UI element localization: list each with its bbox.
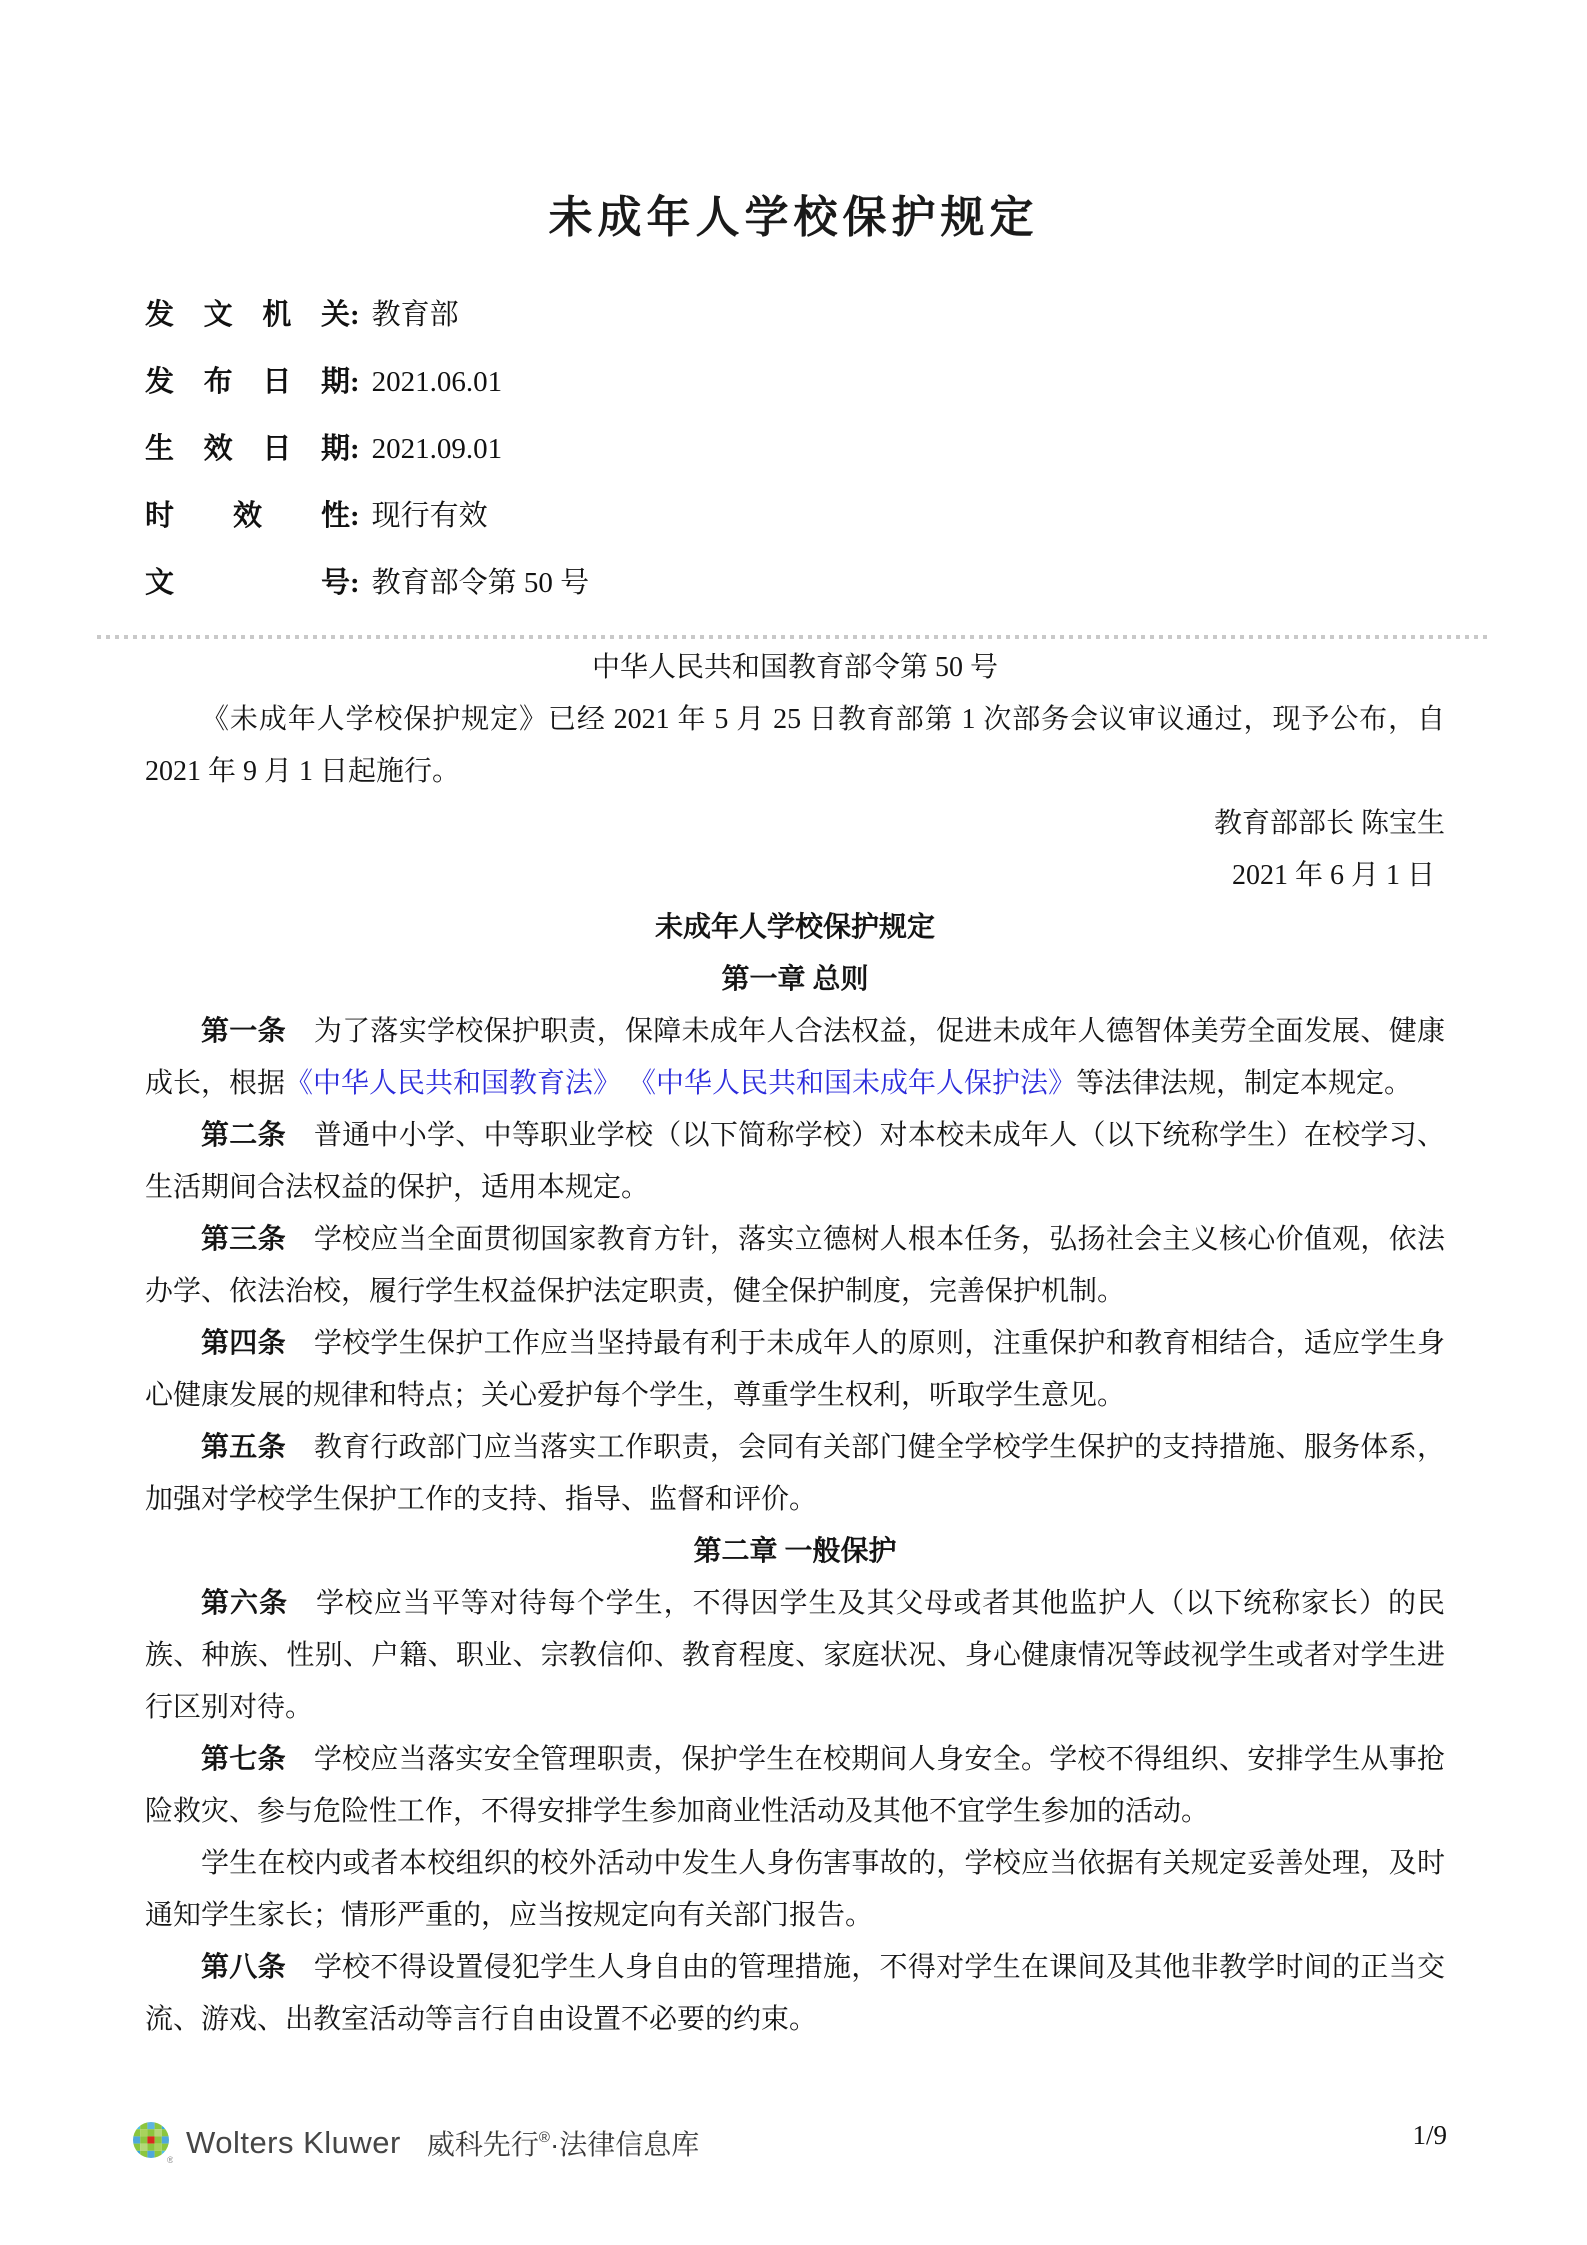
regulation-heading: 未成年人学校保护规定 bbox=[145, 902, 1445, 954]
article-8: 第八条学校不得设置侵犯学生人身自由的管理措施，不得对学生在课间及其他非教学时间的… bbox=[145, 1942, 1445, 2046]
article-5-label: 第五条 bbox=[201, 1432, 286, 1463]
svg-text:®: ® bbox=[167, 2155, 173, 2164]
decree-signature: 教育部部长 陈宝生 bbox=[145, 798, 1445, 850]
document-body: 中华人民共和国教育部令第 50 号 《未成年人学校保护规定》已经 2021 年 … bbox=[145, 642, 1445, 2046]
dotted-separator bbox=[97, 635, 1490, 639]
decree-heading: 中华人民共和国教育部令第 50 号 bbox=[145, 642, 1445, 694]
article-6-label: 第六条 bbox=[201, 1588, 288, 1619]
article-1: 第一条为了落实学校保护职责，保障未成年人合法权益，促进未成年人德智体美劳全面发展… bbox=[145, 1006, 1445, 1110]
article-4: 第四条学校学生保护工作应当坚持最有利于未成年人的原则，注重保护和教育相结合，适应… bbox=[145, 1318, 1445, 1422]
meta-label: 文号 bbox=[145, 568, 350, 598]
article-1-separator bbox=[621, 1068, 628, 1099]
brand-name: Wolters Kluwer bbox=[186, 2125, 401, 2161]
article-6-text: 学校应当平等对待每个学生，不得因学生及其父母或者其他监护人（以下统称家长）的民族… bbox=[145, 1588, 1445, 1723]
meta-value: 教育部 bbox=[372, 299, 459, 331]
article-8-label: 第八条 bbox=[201, 1952, 286, 1983]
link-education-law[interactable]: 《中华人民共和国教育法》 bbox=[285, 1068, 621, 1099]
meta-colon: : bbox=[350, 500, 360, 532]
article-1-label: 第一条 bbox=[201, 1016, 286, 1047]
product-name-text: 威科先行 bbox=[427, 2129, 539, 2160]
article-7-text: 学校应当落实安全管理职责，保护学生在校期间人身安全。学校不得组织、安排学生从事抢… bbox=[145, 1744, 1445, 1827]
product-name-suffix: ·法律信息库 bbox=[550, 2129, 699, 2160]
meta-row-issuing-authority: 发文机关:教育部 bbox=[145, 300, 1442, 330]
footer: ® Wolters Kluwer 威科先行®·法律信息库 1/9 bbox=[133, 2120, 1447, 2166]
decree-date: 2021 年 6 月 1 日 bbox=[145, 850, 1445, 902]
meta-label: 生效日期 bbox=[145, 434, 350, 464]
article-7-paragraph-2: 学生在校内或者本校组织的校外活动中发生人身伤害事故的，学校应当依据有关规定妥善处… bbox=[145, 1838, 1445, 1942]
article-5-text: 教育行政部门应当落实工作职责，会同有关部门健全学校学生保护的支持措施、服务体系，… bbox=[145, 1432, 1445, 1515]
wolters-kluwer-logo-icon: ® bbox=[133, 2122, 173, 2164]
article-7-label: 第七条 bbox=[201, 1744, 286, 1775]
meta-block: 发文机关:教育部 发布日期:2021.06.01 生效日期:2021.09.01… bbox=[145, 300, 1442, 598]
product-name: 威科先行®·法律信息库 bbox=[427, 2123, 699, 2163]
article-6: 第六条学校应当平等对待每个学生，不得因学生及其父母或者其他监护人（以下统称家长）… bbox=[145, 1578, 1445, 1734]
meta-row-validity: 时效性:现行有效 bbox=[145, 501, 1442, 531]
article-7: 第七条学校应当落实安全管理职责，保护学生在校期间人身安全。学校不得组织、安排学生… bbox=[145, 1734, 1445, 1838]
meta-value: 现行有效 bbox=[372, 500, 488, 532]
meta-row-effective-date: 生效日期:2021.09.01 bbox=[145, 434, 1442, 464]
document-page: 未成年人学校保护规定 发文机关:教育部 发布日期:2021.06.01 生效日期… bbox=[0, 0, 1587, 2245]
registered-trademark-icon: ® bbox=[539, 2129, 550, 2146]
meta-colon: : bbox=[350, 366, 360, 398]
meta-row-publish-date: 发布日期:2021.06.01 bbox=[145, 367, 1442, 397]
article-4-label: 第四条 bbox=[201, 1328, 286, 1359]
link-minors-protection-law[interactable]: 《中华人民共和国未成年人保护法》 bbox=[628, 1068, 1076, 1099]
meta-colon: : bbox=[350, 567, 360, 599]
meta-colon: : bbox=[350, 299, 360, 331]
meta-colon: : bbox=[350, 433, 360, 465]
meta-row-document-number: 文号:教育部令第 50 号 bbox=[145, 568, 1442, 598]
article-3-text: 学校应当全面贯彻国家教育方针，落实立德树人根本任务，弘扬社会主义核心价值观，依法… bbox=[145, 1224, 1445, 1307]
footer-brand-group: ® Wolters Kluwer 威科先行®·法律信息库 bbox=[133, 2122, 699, 2164]
meta-label: 时效性 bbox=[145, 501, 350, 531]
page-title: 未成年人学校保护规定 bbox=[0, 196, 1587, 240]
page-indicator: 1/9 bbox=[1412, 2120, 1447, 2150]
meta-value: 2021.09.01 bbox=[372, 433, 503, 465]
meta-label: 发布日期 bbox=[145, 367, 350, 397]
article-3-label: 第三条 bbox=[201, 1224, 286, 1255]
meta-label: 发文机关 bbox=[145, 300, 350, 330]
article-1-text-end: 等法律法规，制定本规定。 bbox=[1076, 1068, 1412, 1099]
chapter-1-heading: 第一章 总则 bbox=[145, 954, 1445, 1006]
decree-announcement: 《未成年人学校保护规定》已经 2021 年 5 月 25 日教育部第 1 次部务… bbox=[145, 694, 1445, 798]
meta-value: 教育部令第 50 号 bbox=[372, 567, 590, 599]
article-2-text: 普通中小学、中等职业学校（以下简称学校）对本校未成年人（以下统称学生）在校学习、… bbox=[145, 1120, 1445, 1203]
article-5: 第五条教育行政部门应当落实工作职责，会同有关部门健全学校学生保护的支持措施、服务… bbox=[145, 1422, 1445, 1526]
chapter-2-heading: 第二章 一般保护 bbox=[145, 1526, 1445, 1578]
article-8-text: 学校不得设置侵犯学生人身自由的管理措施，不得对学生在课间及其他非教学时间的正当交… bbox=[145, 1952, 1445, 2035]
article-4-text: 学校学生保护工作应当坚持最有利于未成年人的原则，注重保护和教育相结合，适应学生身… bbox=[145, 1328, 1445, 1411]
article-3: 第三条学校应当全面贯彻国家教育方针，落实立德树人根本任务，弘扬社会主义核心价值观… bbox=[145, 1214, 1445, 1318]
article-2: 第二条普通中小学、中等职业学校（以下简称学校）对本校未成年人（以下统称学生）在校… bbox=[145, 1110, 1445, 1214]
meta-value: 2021.06.01 bbox=[372, 366, 503, 398]
article-2-label: 第二条 bbox=[201, 1120, 286, 1151]
